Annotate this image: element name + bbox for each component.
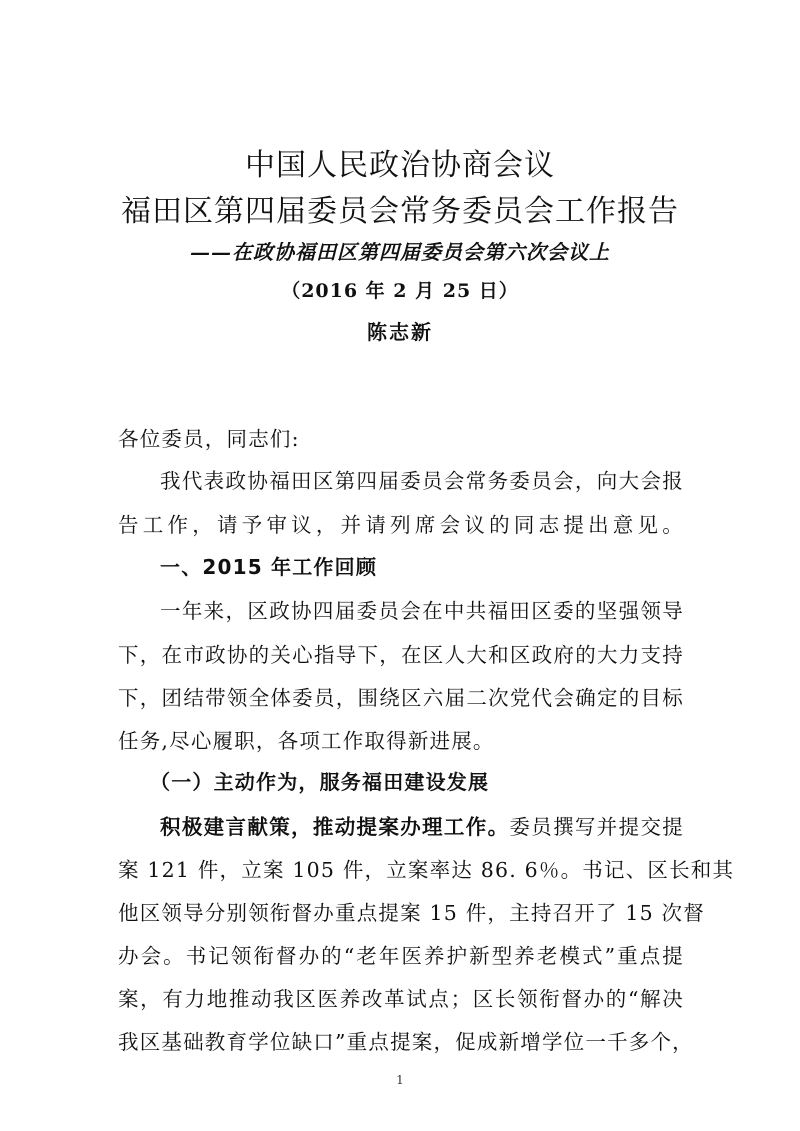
subsection-heading-1: （一）主动作为，服务福田建设发展 (150, 766, 674, 795)
salutation: 各位委员，同志们: (118, 422, 684, 452)
paragraph-3-line-2: 案 121 件，立案 105 件，立案率达 86. 6％。书记、区长和其 (118, 853, 684, 883)
paragraph-2-line-1: 一年来，区政协四届委员会在中共福田区委的坚强领导 (160, 594, 684, 624)
title-line-1: 中国人民政治协商会议 (0, 140, 800, 184)
paragraph-3-line-1: 积极建言献策，推动提案办理工作。委员撰写并提交提 (160, 810, 684, 840)
paragraph-2-line-3: 下，团结带领全体委员，围绕区六届二次党代会确定的目标 (118, 681, 684, 711)
paragraph-3-line-6: 我区基础教育学位缺口”重点提案，促成新增学位一千多个， (118, 1025, 684, 1055)
paragraph-3-line-1-rest: 委员撰写并提交提 (509, 815, 684, 839)
paragraph-1-line-1: 我代表政协福田区第四届委员会常务委员会，向大会报 (160, 464, 684, 494)
paragraph-3-line-5: 案，有力地推动我区医养改革试点；区长领衔督办的“解决 (118, 982, 684, 1012)
section-heading-1: 一、2015 年工作回顾 (160, 551, 684, 580)
paragraph-2-line-2: 下，在市政协的关心指导下，在区人大和区政府的大力支持 (118, 638, 684, 668)
paragraph-3-line-4: 办会。书记领衔督办的“老年医养护新型养老模式”重点提 (118, 939, 684, 969)
paragraph-3-line-3: 他区领导分别领衔督办重点提案 15 件，主持召开了 15 次督 (118, 896, 684, 926)
page-number: 1 (0, 1073, 800, 1087)
author-name: 陈志新 (0, 316, 800, 345)
paragraph-3-lead: 积极建言献策，推动提案办理工作。 (160, 815, 509, 839)
subtitle: ——在政协福田区第四届委员会第六次会议上 (0, 236, 800, 265)
paragraph-2-line-4: 任务,尽心履职，各项工作取得新进展。 (118, 724, 684, 754)
paragraph-1-line-2: 告工作，请予审议，并请列席会议的同志提出意见。 (118, 508, 684, 538)
title-line-2: 福田区第四届委员会常务委员会工作报告 (0, 186, 800, 230)
report-date: （2016 年 2 月 25 日） (0, 276, 800, 303)
